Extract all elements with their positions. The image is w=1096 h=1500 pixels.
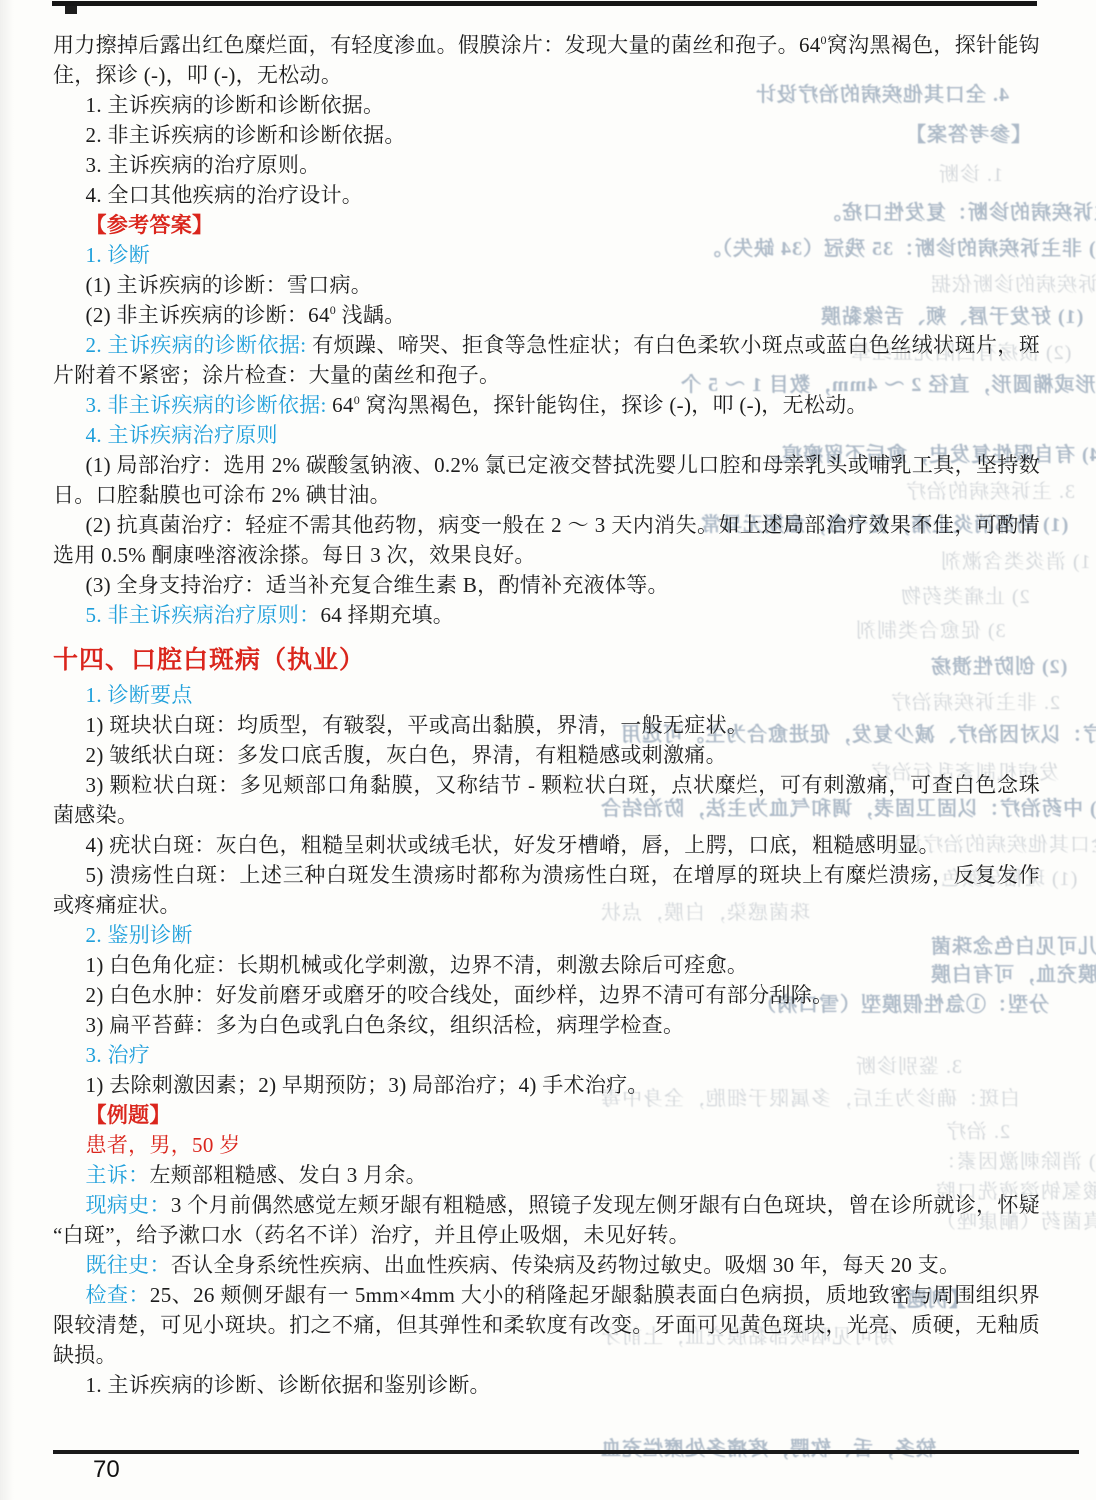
body-text: 5) 溃疡性白斑：上述三种白斑发生溃疡时都称为溃疡性白斑，在增厚的斑块上有糜烂溃… [53,863,1040,917]
answer-diagnosis-1: (1) 主诉疾病的诊断：雪口病。 [53,270,1040,300]
question-item-4: 4. 全口其他疾病的治疗设计。 [53,180,1040,210]
body-text: (2) 抗真菌治疗：轻症不需其他药物，病变一般在 2 ～ 3 天内消失。如上述局… [53,513,1040,567]
question-item-1: 1. 主诉疾病的诊断和诊断依据。 [53,90,1040,120]
question-item-2: 2. 非主诉疾病的诊断和诊断依据。 [53,120,1040,150]
answer-basis-main: 2. 主诉疾病的诊断依据: 有烦躁、啼哭、拒食等急性症状；有白色柔软小斑点或蓝白… [53,330,1040,390]
body-text: (1) 主诉疾病的诊断：雪口病。 [86,273,373,297]
diagnosis-points-header: 1. 诊断要点 [53,680,1040,710]
answer-basis-secondary: 3. 非主诉疾病的诊断依据: 640 窝沟黑褐色，探针能钩住，探诊 (-)，叩 … [53,390,1040,420]
leukoplakia-type-3: 3) 颗粒状白斑：多见颊部口角黏膜，又称结节 - 颗粒状白斑，点状糜烂，可有刺激… [53,770,1040,830]
blue-text: 1. 诊断 [86,243,151,267]
blue-text: 2. 鉴别诊断 [86,923,193,947]
body-text: 否认全身系统性疾病、出血性疾病、传染病及药物过敏史。吸烟 30 年，每天 20 … [171,1253,961,1277]
chief-complaint: 主诉：左颊部粗糙感、发白 3 月余。 [53,1160,1040,1190]
blue-text: 2. 主诉疾病的诊断依据: [86,333,313,357]
body-text: 1. 主诉疾病的诊断和诊断依据。 [86,93,385,117]
leukoplakia-type-2: 2) 皱纸状白斑：多发口底舌腹，灰白色，界清，有粗糙感或刺激痛。 [53,740,1040,770]
answer-treatment-principle: 4. 主诉疾病治疗原则 [53,420,1040,450]
blue-text: 4. 主诉疾病治疗原则 [86,423,278,447]
treatment-summary: 1) 去除刺激因素；2) 早期预防；3) 局部治疗；4) 手术治疗。 [53,1070,1040,1100]
example-header: 【例题】 [53,1100,1040,1130]
section-title-leukoplakia: 十四、口腔白斑病（执业） [53,640,1040,680]
final-question-1: 1. 主诉疾病的诊断、诊断依据和鉴别诊断。 [53,1370,1040,1400]
treatment-antifungal: (2) 抗真菌治疗：轻症不需其他药物，病变一般在 2 ～ 3 天内消失。如上述局… [53,510,1040,570]
leukoplakia-type-4: 4) 疣状白斑：灰白色，粗糙呈刺状或绒毛状，好发牙槽嵴，唇，上腭，口底，粗糙感明… [53,830,1040,860]
blue-text: 5. 非主诉疾病治疗原则： [86,603,321,627]
body-text: 25、26 颊侧牙龈有一 5mm×4mm 大小的稍隆起牙龈黏膜表面白色病损，质地… [53,1283,1040,1367]
differential-2: 2) 白色水肿：好发前磨牙或磨牙的咬合线处，面纱样，边界不清可有部分刮除。 [53,980,1040,1010]
red-text: 患者，男，50 岁 [86,1133,241,1157]
reference-answer-header: 【参考答案】 [53,210,1040,240]
body-text: 1) 斑块状白斑：均质型，有皲裂，平或高出黏膜，界清，一般无症状。 [86,713,749,737]
body-text: 1. 主诉疾病的诊断、诊断依据和鉴别诊断。 [86,1373,491,1397]
red-text: 【例题】 [86,1103,171,1127]
bleedthrough-text: 较多，舌、软腭，疼痛多处糜烂充血 [600,1432,936,1461]
body-text: 左颊部粗糙感、发白 3 月余。 [149,1163,427,1187]
present-illness: 现病史：3 个月前偶然感觉左颊牙龈有粗糙感，照镜子发现左侧牙龈有白色斑块，曾在诊… [53,1190,1040,1250]
body-text: 窝沟黑褐色，探针能钩住，探诊 (-)，叩 (-)，无松动。 [360,393,868,417]
body-text: 3 个月前偶然感觉左颊牙龈有粗糙感，照镜子发现左侧牙龈有白色斑块，曾在诊所就诊，… [53,1193,1040,1247]
red-text: 十四、口腔白斑病（执业） [53,646,365,674]
body-text: 3) 扁平苔藓：多为白色或乳白色条纹，组织活检，病理学检查。 [86,1013,685,1037]
body-text: 1) 去除刺激因素；2) 早期预防；3) 局部治疗；4) 手术治疗。 [86,1073,649,1097]
body-text: 2) 皱纸状白斑：多发口底舌腹，灰白色，界清，有粗糙感或刺激痛。 [86,743,727,767]
body-text: (2) 非主诉疾病的诊断：64 [86,303,330,327]
question-item-3: 3. 主诉疾病的治疗原则。 [53,150,1040,180]
blue-text: 1. 诊断要点 [86,683,193,707]
examination: 检查：25、26 颊侧牙龈有一 5mm×4mm 大小的稍隆起牙龈黏膜表面白色病损… [53,1280,1040,1370]
body-text: (3) 全身支持治疗：适当补充复合维生素 B，酌情补充液体等。 [86,573,669,597]
body-text: 3. 主诉疾病的治疗原则。 [86,153,321,177]
body-text: 2. 非主诉疾病的诊断和诊断依据。 [86,123,406,147]
body-text: (1) 局部治疗：选用 2% 碳酸氢钠液、0.2% 氯已定液交替拭洗婴儿口腔和母… [53,453,1040,507]
body-text: 4) 疣状白斑：灰白色，粗糙呈刺状或绒毛状，好发牙槽嵴，唇，上腭，口底，粗糙感明… [86,833,940,857]
page-number: 70 [93,1456,120,1484]
red-text: 【参考答案】 [86,213,214,237]
body-text: 1) 白色角化症：长期机械或化学刺激，边界不清，刺激去除后可痊愈。 [86,953,749,977]
para-continuation: 用力擦掉后露出红色糜烂面，有轻度渗血。假膜涂片：发现大量的菌丝和孢子。640窝沟… [53,30,1040,90]
page-content: 用力擦掉后露出红色糜烂面，有轻度渗血。假膜涂片：发现大量的菌丝和孢子。640窝沟… [53,30,1040,1400]
body-text: 3) 颗粒状白斑：多见颊部口角黏膜，又称结节 - 颗粒状白斑，点状糜烂，可有刺激… [53,773,1040,827]
blue-text: 检查： [86,1283,150,1307]
body-text: 4. 全口其他疾病的治疗设计。 [86,183,364,207]
differential-diagnosis-header: 2. 鉴别诊断 [53,920,1040,950]
blue-text: 主诉： [86,1163,150,1187]
body-text: 2) 白色水肿：好发前磨牙或磨牙的咬合线处，面纱样，边界不清可有部分刮除。 [86,983,834,1007]
body-text: 64 择期充填。 [320,603,454,627]
answer-diagnosis-2: (2) 非主诉疾病的诊断：640 浅龋。 [53,300,1040,330]
leukoplakia-type-5: 5) 溃疡性白斑：上述三种白斑发生溃疡时都称为溃疡性白斑，在增厚的斑块上有糜烂溃… [53,860,1040,920]
body-text: 用力擦掉后露出红色糜烂面，有轻度渗血。假膜涂片：发现大量的菌丝和孢子。64 [53,33,821,57]
answer-secondary-treatment: 5. 非主诉疾病治疗原则：64 择期充填。 [53,600,1040,630]
body-text: 64 [332,393,354,417]
blue-text: 3. 非主诉疾病的诊断依据: [86,393,333,417]
blue-text: 3. 治疗 [86,1043,151,1067]
past-history: 既往史：否认全身系统性疾病、出血性疾病、传染病及药物过敏史。吸烟 30 年，每天… [53,1250,1040,1280]
differential-1: 1) 白色角化症：长期机械或化学刺激，边界不清，刺激去除后可痊愈。 [53,950,1040,980]
page-bottom-rule [53,1450,1079,1454]
blue-text: 既往史： [86,1253,171,1277]
book-page: 4. 全口其他疾病的治疗设计【参考答案】1. 诊断(1) 主诉疾病的诊断：复发性… [0,0,1096,1500]
body-text: 浅龋。 [336,303,405,327]
blue-text: 现病史： [86,1193,171,1217]
leukoplakia-type-1: 1) 斑块状白斑：均质型，有皲裂，平或高出黏膜，界清，一般无症状。 [53,710,1040,740]
answer-item-diagnosis: 1. 诊断 [53,240,1040,270]
page-top-header-fragment [65,6,77,14]
treatment-header: 3. 治疗 [53,1040,1040,1070]
differential-3: 3) 扁平苔藓：多为白色或乳白色条纹，组织活检，病理学检查。 [53,1010,1040,1040]
page-top-rule [52,1,1037,6]
treatment-systemic: (3) 全身支持治疗：适当补充复合维生素 B，酌情补充液体等。 [53,570,1040,600]
treatment-local: (1) 局部治疗：选用 2% 碳酸氢钠液、0.2% 氯已定液交替拭洗婴儿口腔和母… [53,450,1040,510]
patient-info: 患者，男，50 岁 [53,1130,1040,1160]
